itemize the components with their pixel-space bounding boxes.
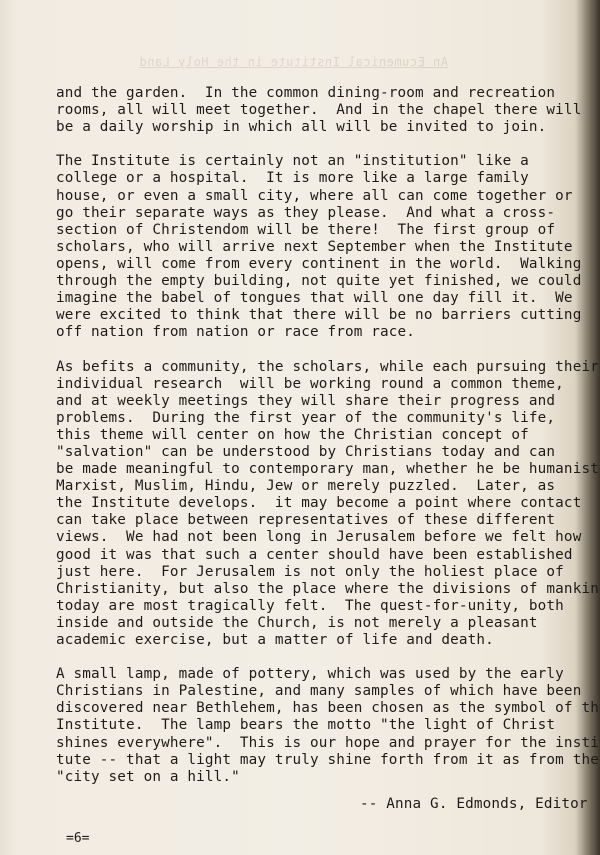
text-line: "salvation" can be understood by Christi… xyxy=(56,444,596,461)
text-line: imagine the babel of tongues that will o… xyxy=(56,290,596,307)
text-line: problems. During the first year of the c… xyxy=(56,410,596,427)
text-line: this theme will center on how the Christ… xyxy=(56,427,596,444)
text-line: be a daily worship in which all will be … xyxy=(56,119,596,136)
text-line: rooms, all will meet together. And in th… xyxy=(56,102,596,119)
text-line: Marxist, Muslim, Hindu, Jew or merely pu… xyxy=(56,478,596,495)
text-line: and at weekly meetings they will share t… xyxy=(56,393,596,410)
text-line: can take place between representatives o… xyxy=(56,512,596,529)
page-number: =6= xyxy=(66,831,89,846)
text-line: be made meaningful to contemporary man, … xyxy=(56,461,596,478)
text-line: individual research will be working roun… xyxy=(56,376,596,393)
text-line: the Institute develops. it may become a … xyxy=(56,495,596,512)
paragraph: The Institute is certainly not an "insti… xyxy=(56,153,596,341)
text-line: scholars, who will arrive next September… xyxy=(56,239,596,256)
text-line: A small lamp, made of pottery, which was… xyxy=(56,666,596,683)
text-line: Christians in Palestine, and many sample… xyxy=(56,683,596,700)
text-line: academic exercise, but a matter of life … xyxy=(56,632,596,649)
document-page: An Ecumenical Institute in the Holy Land… xyxy=(0,0,600,855)
text-line: and the garden. In the common dining-roo… xyxy=(56,85,596,102)
text-line: shines everywhere". This is our hope and… xyxy=(56,735,596,752)
text-line: inside and outside the Church, is not me… xyxy=(56,615,596,632)
paragraph: As befits a community, the scholars, whi… xyxy=(56,359,596,650)
text-line: "city set on a hill." xyxy=(56,769,596,786)
text-line: views. We had not been long in Jerusalem… xyxy=(56,529,596,546)
text-line: section of Christendom will be there! Th… xyxy=(56,222,596,239)
article-body: and the garden. In the common dining-roo… xyxy=(56,85,596,803)
text-line: off nation from nation or race from race… xyxy=(56,324,596,341)
text-line: through the empty building, not quite ye… xyxy=(56,273,596,290)
bleed-through-header: An Ecumenical Institute in the Holy Land xyxy=(152,55,448,69)
text-line: good it was that such a center should ha… xyxy=(56,547,596,564)
text-line: just here. For Jerusalem is not only the… xyxy=(56,564,596,581)
text-line: college or a hospital. It is more like a… xyxy=(56,170,596,187)
text-line: tute -- that a light may truly shine for… xyxy=(56,752,596,769)
paragraph: A small lamp, made of pottery, which was… xyxy=(56,666,596,786)
editor-signature: -- Anna G. Edmonds, Editor xyxy=(360,796,588,812)
text-line: The Institute is certainly not an "insti… xyxy=(56,153,596,170)
text-line: opens, will come from every continent in… xyxy=(56,256,596,273)
paragraph: and the garden. In the common dining-roo… xyxy=(56,85,596,136)
text-line: As befits a community, the scholars, whi… xyxy=(56,359,596,376)
text-line: were excited to think that there will be… xyxy=(56,307,596,324)
text-line: Institute. The lamp bears the motto "the… xyxy=(56,717,596,734)
text-line: house, or even a small city, where all c… xyxy=(56,188,596,205)
text-line: today are most tragically felt. The ques… xyxy=(56,598,596,615)
text-line: discovered near Bethlehem, has been chos… xyxy=(56,700,596,717)
text-line: Christianity, but also the place where t… xyxy=(56,581,596,598)
text-line: go their separate ways as they please. A… xyxy=(56,205,596,222)
